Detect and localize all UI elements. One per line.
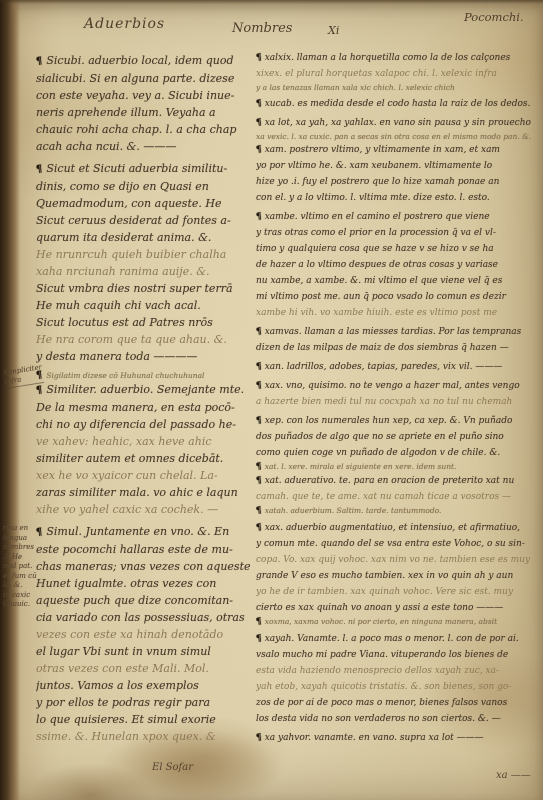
line-text: chas maneras; vnas vezes con aqueste — [36, 560, 251, 573]
line-text: xaha nrciunah ranima auije. &. — [36, 265, 210, 278]
line-text: He nrunrcuh quieh buibier chalha — [36, 248, 226, 261]
manuscript-line: Sicut locutus est ad Patres nrōs — [36, 314, 256, 331]
line-text: xucab. es medida desde el codo hasta la … — [265, 99, 531, 109]
line-text: los desta vida no son verdaderos no son … — [256, 714, 501, 724]
manuscript-line: xex he vo xyaicor cun chelal. La- — [36, 467, 256, 484]
manuscript-line: vsalo mucho mi padre Viana. vituperando … — [256, 647, 540, 663]
line-text: quarum ita desiderat anima. &. — [36, 231, 211, 244]
manuscript-line: con el. y a lo vltimo. l. vltima mte. di… — [256, 190, 540, 206]
line-text: xat. l. xere. mirala el siguiente en xer… — [265, 462, 457, 471]
manuscript-line: Quemadmodum, con aqueste. He — [36, 195, 256, 212]
manuscript-line: lo que quisieres. Et simul exorie — [36, 711, 256, 728]
manuscript-line: esta vida haziendo menosprecio dellos xa… — [256, 663, 540, 679]
manuscript-line: aqueste puch que dize concomitan- — [36, 592, 256, 609]
manuscript-line: ¶xam. postrero vltimo, y vltimamente in … — [256, 142, 540, 158]
manuscript-line: ¶xa lot, xa yah, xa yahlax. en vano sin … — [256, 115, 540, 131]
line-text: yo por vltimo he. &. xam xeubanem. vltim… — [256, 161, 492, 171]
line-text: chi no ay diferencia del passado he- — [36, 418, 236, 431]
line-text: xa lot, xa yah, xa yahlax. en vano sin p… — [265, 118, 531, 128]
line-text: in caxic — [3, 591, 30, 599]
line-text: y por ellos te podras regir para — [36, 696, 210, 709]
line-text: xoxma, xaxma vohoc. ni por cierto, en ni… — [265, 617, 497, 626]
entry-marker-icon: ¶ — [256, 462, 262, 473]
adverbios-column: ¶Sicubi. aduerbio local, idem quodsialic… — [36, 52, 256, 745]
line-text: xat. aduerativo. te. para en oracion de … — [265, 476, 515, 486]
entry-marker-icon: ¶ — [256, 115, 263, 131]
line-text: la. &. — [3, 581, 22, 589]
manuscript-line: ¶Sicubi. aduerbio local, idem quod — [36, 52, 256, 70]
line-text: de hazer a lo vltimo despues de otras co… — [256, 260, 498, 270]
line-text: De la mesma manera, en esta pocō- — [36, 401, 235, 414]
manuscript-line: con este veyaha. vey a. Sicubi inue- — [36, 87, 256, 104]
entry-marker-icon: ¶ — [256, 324, 263, 340]
entry-marker-icon: ¶ — [256, 359, 263, 375]
manuscript-page: Aduerbios Nombres Xi Pocomchi. ¶Sicubi. … — [0, 0, 543, 800]
line-text: et fum cū — [3, 572, 37, 580]
line-text: cierto es xax quinah vo anoan y assi a e… — [256, 603, 503, 613]
manuscript-line: chas maneras; vnas vezes con aqueste — [36, 558, 256, 575]
manuscript-line: nombres — [3, 543, 37, 553]
line-text: y a las tenazas llaman xala xic chich. l… — [256, 83, 455, 92]
line-text: esta vida haziendo menosprecio dellos xa… — [256, 666, 499, 676]
margin-note-bottom: rina enlenguanombres.l. Hemul pat.et fum… — [3, 524, 37, 610]
manuscript-line: copa. Vo. xax quij vohoc. xax nim vo ne.… — [256, 552, 540, 568]
line-text: timo y qualquiera cosa que se haze v se … — [256, 244, 494, 254]
manuscript-line: ¶xep. con los numerales hun xep, ca xep.… — [256, 413, 540, 429]
manuscript-line: y comun mte. quando del se vsa entra est… — [256, 536, 540, 552]
line-text: ve xahev: heahic, xax heve ahic — [36, 435, 212, 448]
line-text: rina en — [3, 524, 28, 532]
line-text: Simul. Juntamente en vno. &. En — [46, 525, 229, 538]
heading-nombres: Nombres — [232, 21, 292, 36]
manuscript-line: camah. que te, te ame. xat nu camah tica… — [256, 489, 540, 505]
manuscript-line: juntos. Vamos a los exemplos — [36, 677, 256, 694]
line-text: xax. aduerbio augmentatiuo, et intensiuo… — [265, 523, 520, 533]
manuscript-line: He nrunrcuh quieh buibier chalha — [36, 246, 256, 263]
line-text: vsalo mucho mi padre Viana. vituperando … — [256, 650, 508, 660]
entry-marker-icon: ¶ — [256, 413, 263, 429]
line-text: lo que quisieres. Et simul exorie — [36, 713, 216, 726]
manuscript-line: dinis, como se dijo en Quasi en — [36, 178, 256, 195]
manuscript-line: yo he de ir tambien. xax quinah vohoc. V… — [256, 584, 540, 600]
manuscript-line: ¶xan. ladrillos, adobes, tapias, paredes… — [256, 359, 540, 375]
entry-marker-icon: ¶ — [256, 142, 263, 158]
manuscript-line: ¶xayah. Vanamte. l. a poco mas o menor. … — [256, 631, 540, 647]
line-text: yo he de ir tambien. xax quinah vohoc. V… — [256, 587, 513, 597]
line-text: nu xambe, a xambe. &. mi vltimo el que v… — [256, 276, 502, 286]
manuscript-line: zaras similiter mala. vo ahic e laqun — [36, 484, 256, 501]
entry-marker-icon: ¶ — [256, 617, 262, 628]
manuscript-line: Sicut ceruus desiderat ad fontes a- — [36, 212, 256, 229]
line-text: y desta manera toda ———— — [36, 350, 197, 363]
manuscript-line: ¶xucab. es medida desde el codo hasta la… — [256, 96, 540, 112]
line-text: el lugar Vbi sunt in vnum simul — [36, 645, 211, 658]
line-text: xan. ladrillos, adobes, tapias, paredes,… — [265, 362, 503, 372]
manuscript-line: Chauic. — [3, 600, 37, 610]
manuscript-line: grande V eso es mucho tambien. xex in vo… — [256, 568, 540, 584]
manuscript-line: rina en — [3, 524, 37, 534]
line-text: xa yahvor. vanamte. en vano. supra xa lo… — [265, 733, 484, 743]
manuscript-line: nu xambe, a xambe. &. mi vltimo el que v… — [256, 273, 540, 289]
line-text: camah. que te, te ame. xat nu camah tica… — [256, 492, 511, 502]
line-text: vezes con este xa hinah denotādo — [36, 628, 223, 641]
manuscript-line: ¶Simul. Juntamente en vno. &. En — [36, 523, 256, 541]
manuscript-line: ¶xat. aduerativo. te. para en oracion de… — [256, 473, 540, 489]
line-text: zaras similiter mala. vo ahic e laqun — [36, 486, 238, 499]
line-text: cia variado con las possessiuas, otras — [36, 611, 245, 624]
entry-marker-icon: ¶ — [256, 50, 263, 66]
entry-marker-icon: ¶ — [36, 524, 43, 541]
heading-pocomchi: Pocomchi. — [464, 10, 524, 24]
line-text: xa vexic. l. xa cuxic. pan a secas sin o… — [256, 132, 531, 141]
line-text: xatah. aduerbium. Saltim. tarde. tantumm… — [265, 506, 442, 515]
line-text: juntos. Vamos a los exemplos — [36, 679, 199, 692]
manuscript-line: xambe hi vih. vo xambe hiuih. este es vl… — [256, 305, 540, 321]
manuscript-line: el lugar Vbi sunt in vnum simul — [36, 643, 256, 660]
manuscript-line: chauic rohi acha chap. l. a cha chap — [36, 121, 256, 138]
manuscript-line: dizen de las milpas de maiz de dos siemb… — [256, 340, 540, 356]
line-text: acah acha ncui. &. ——— — [36, 140, 176, 153]
manuscript-line: y por ellos te podras regir para — [36, 694, 256, 711]
line-text: xambe. vltimo en el camino el postrero q… — [265, 212, 490, 222]
line-text: ssime. &. Hunelan xpox quex. & — [36, 730, 216, 743]
manuscript-line: este pocomchi hallaras este de mu- — [36, 541, 256, 558]
manuscript-line: como quien coge vn puñado de algodon v d… — [256, 445, 540, 461]
manuscript-line: timo y qualquiera cosa que se haze v se … — [256, 241, 540, 257]
line-text: xex he vo xyaicor cun chelal. La- — [36, 469, 218, 482]
line-text: hize yo .i. fuy el postrero que lo hize … — [256, 177, 499, 187]
line-text: xihe vo yahel caxic xa cochek. — — [36, 503, 218, 516]
entry-marker-icon: ¶ — [256, 209, 263, 225]
manuscript-line: cierto es xax quinah vo anoan y assi a e… — [256, 600, 540, 616]
manuscript-line: y desta manera toda ———— — [36, 348, 256, 365]
line-text: con el. y a lo vltimo. l. vltima mte. di… — [256, 193, 490, 203]
line-text: lengua — [3, 534, 27, 542]
manuscript-line: los desta vida no son verdaderos no son … — [256, 711, 540, 727]
line-text: dinis, como se dijo en Quasi en — [36, 180, 209, 193]
manuscript-line: ¶xoxma, xaxma vohoc. ni por cierto, en n… — [256, 616, 540, 628]
line-text: Sicut et Sicuti aduerbia similitu- — [46, 162, 227, 175]
line-text: Chauic. — [3, 600, 30, 608]
manuscript-line: chi no ay diferencia del passado he- — [36, 416, 256, 433]
line-text: Sicubi. aduerbio local, idem quod — [46, 54, 233, 67]
manuscript-line: ¶xax. aduerbio augmentatiuo, et intensiu… — [256, 520, 540, 536]
line-text: Sicut vmbra dies nostri super terrā — [36, 282, 233, 295]
manuscript-line: xihe vo yahel caxic xa cochek. — — [36, 501, 256, 518]
catchword-right: xa —— — [496, 770, 531, 781]
manuscript-line: ¶xambe. vltimo en el camino el postrero … — [256, 209, 540, 225]
line-text: Sigilatim dizese cō Huhunal chuchuhunal — [46, 371, 204, 380]
entry-marker-icon: ¶ — [36, 382, 43, 399]
page-top-edge — [0, 0, 543, 4]
line-text: aqueste puch que dize concomitan- — [36, 594, 233, 607]
manuscript-line: yo por vltimo he. &. xam xeubanem. vltim… — [256, 158, 540, 174]
entry-marker-icon: ¶ — [36, 53, 43, 70]
manuscript-line: ¶xamvas. llaman a las miesses tardias. P… — [256, 324, 540, 340]
entry-marker-icon: ¶ — [256, 730, 263, 746]
manuscript-line: in caxic — [3, 591, 37, 601]
line-text: y tras otras como el prior en la process… — [256, 228, 496, 238]
heading-letter-xi: Xi — [328, 24, 339, 37]
line-text: dos puñados de algo que no se apriete en… — [256, 432, 504, 442]
manuscript-line: neris aprehende illum. Veyaha a — [36, 104, 256, 121]
manuscript-line: hize yo .i. fuy el postrero que lo hize … — [256, 174, 540, 190]
entry-marker-icon: ¶ — [256, 473, 263, 489]
manuscript-line: sialicubi. Si en alguna parte. dizese — [36, 70, 256, 87]
manuscript-line: yah etob, xayah quicotis tristatis. &. s… — [256, 679, 540, 695]
line-text: copa. Vo. xax quij vohoc. xax nim vo ne.… — [256, 555, 530, 565]
manuscript-line: He nra corom que ta que ahau. &. — [36, 331, 256, 348]
manuscript-line: similiter autem et omnes dicebāt. — [36, 450, 256, 467]
manuscript-line: dos puñados de algo que no se apriete en… — [256, 429, 540, 445]
manuscript-line: acah acha ncui. &. ——— — [36, 138, 256, 155]
line-text: He nra corom que ta que ahau. &. — [36, 333, 227, 346]
manuscript-line: quarum ita desiderat anima. &. — [36, 229, 256, 246]
line-text: con este veyaha. vey a. Sicubi inue- — [36, 89, 234, 102]
line-text: Sicut locutus est ad Patres nrōs — [36, 316, 213, 329]
line-text: infra — [4, 375, 22, 386]
manuscript-line: ¶xax. vno, quisimo. no te vengo a hazer … — [256, 378, 540, 394]
line-text: .l. He — [3, 553, 22, 561]
line-text: Sicut ceruus desiderat ad fontes a- — [36, 214, 231, 227]
line-text: dizen de las milpas de maiz de dos siemb… — [256, 343, 509, 353]
line-text: similiter autem et omnes dicebāt. — [36, 452, 223, 465]
line-text: xambe hi vih. vo xambe hiuih. este es vl… — [256, 308, 497, 318]
entry-marker-icon: ¶ — [256, 96, 263, 112]
manuscript-line: ¶Similiter. aduerbio. Semejante mte. — [36, 381, 256, 399]
manuscript-line: xaha nrciunah ranima auije. &. — [36, 263, 256, 280]
line-text: sialicubi. Si en alguna parte. dizese — [36, 72, 234, 85]
line-text: mul pat. — [3, 562, 32, 570]
entry-marker-icon: ¶ — [256, 506, 262, 517]
manuscript-line: De la mesma manera, en esta pocō- — [36, 399, 256, 416]
manuscript-line: de hazer a lo vltimo despues de otras co… — [256, 257, 540, 273]
manuscript-line: otras vezes con este Mali. Mol. — [36, 660, 256, 677]
line-text: Similiter. aduerbio. Semejante mte. — [46, 383, 244, 396]
line-text: xixex. el plural horquetas xalapoc chi. … — [256, 69, 497, 79]
heading-adverbios: Aduerbios — [84, 16, 165, 32]
line-text: y comun mte. quando del se vsa entra est… — [256, 539, 525, 549]
line-text: a hazerte bien medi tul nu cocxpah xa no… — [256, 397, 512, 407]
line-text: grande V eso es mucho tambien. xex in vo… — [256, 571, 513, 581]
catchword-left: El Sofar — [152, 762, 193, 773]
line-text: este pocomchi hallaras este de mu- — [36, 543, 233, 556]
line-text: He muh caquih chi vach acal. — [36, 299, 201, 312]
entry-marker-icon: ¶ — [256, 378, 263, 394]
manuscript-line: ssime. &. Hunelan xpox quex. & — [36, 728, 256, 745]
manuscript-line: a hazerte bien medi tul nu cocxpah xa no… — [256, 394, 540, 410]
manuscript-line: Sicut vmbra dies nostri super terrā — [36, 280, 256, 297]
manuscript-line: .l. He — [3, 553, 37, 563]
manuscript-line: ¶xalxix. llaman a la horquetilla como la… — [256, 50, 540, 66]
line-text: mi vltimo post me. aun q̄ poco vsado lo … — [256, 292, 506, 302]
binding-edge — [0, 0, 20, 800]
line-text: Quemadmodum, con aqueste. He — [36, 197, 221, 210]
manuscript-line: ¶xat. l. xere. mirala el siguiente en xe… — [256, 461, 540, 473]
entry-marker-icon: ¶ — [36, 161, 43, 178]
line-text: xamvas. llaman a las miesses tardias. Po… — [265, 327, 522, 337]
line-text: yah etob, xayah quicotis tristatis. &. s… — [256, 682, 511, 692]
entry-marker-icon: ¶ — [256, 631, 263, 647]
manuscript-line: He muh caquih chi vach acal. — [36, 297, 256, 314]
manuscript-line: et fum cū — [3, 572, 37, 582]
line-text: como quien coge vn puñado de algodon v d… — [256, 448, 500, 458]
line-text: xax. vno, quisimo. no te vengo a hazer m… — [265, 381, 520, 391]
line-text: neris aprehende illum. Veyaha a — [36, 106, 216, 119]
manuscript-line: cia variado con las possessiuas, otras — [36, 609, 256, 626]
manuscript-line: mul pat. — [3, 562, 37, 572]
manuscript-line: ¶Sicut et Sicuti aduerbia similitu- — [36, 160, 256, 178]
manuscript-line: vezes con este xa hinah denotādo — [36, 626, 256, 643]
manuscript-line: y a las tenazas llaman xala xic chich. l… — [256, 82, 540, 93]
manuscript-line: lengua — [3, 534, 37, 544]
manuscript-line: zos de por ai de poco mas o menor, biene… — [256, 695, 540, 711]
manuscript-line: ¶xa yahvor. vanamte. en vano. supra xa l… — [256, 730, 540, 746]
line-text: xam. postrero vltimo, y vltimamente in x… — [265, 145, 500, 155]
line-text: chauic rohi acha chap. l. a cha chap — [36, 123, 236, 136]
line-text: xayah. Vanamte. l. a poco mas o menor. l… — [265, 634, 519, 644]
manuscript-line: xixex. el plural horquetas xalapoc chi. … — [256, 66, 540, 82]
line-text: otras vezes con este Mali. Mol. — [36, 662, 209, 675]
manuscript-line: la. &. — [3, 581, 37, 591]
line-text: xalxix. llaman a la horquetilla como la … — [265, 53, 511, 63]
line-text: zos de por ai de poco mas o menor, biene… — [256, 698, 507, 708]
line-text: xep. con los numerales hun xep, ca xep. … — [265, 416, 513, 426]
entry-marker-icon: ¶ — [256, 520, 263, 536]
nombres-column: ¶xalxix. llaman a la horquetilla como la… — [256, 50, 540, 746]
line-text: nombres — [3, 543, 34, 551]
manuscript-line: mi vltimo post me. aun q̄ poco vsado lo … — [256, 289, 540, 305]
manuscript-line: ¶xatah. aduerbium. Saltim. tarde. tantum… — [256, 505, 540, 517]
manuscript-line: xa vexic. l. xa cuxic. pan a secas sin o… — [256, 131, 540, 142]
manuscript-line: ¶Sigilatim dizese cō Huhunal chuchuhunal — [36, 370, 256, 381]
manuscript-line: y tras otras como el prior en la process… — [256, 225, 540, 241]
line-text: Hunet igualmte. otras vezes con — [36, 577, 216, 590]
manuscript-line: ve xahev: heahic, xax heve ahic — [36, 433, 256, 450]
manuscript-line: Hunet igualmte. otras vezes con — [36, 575, 256, 592]
